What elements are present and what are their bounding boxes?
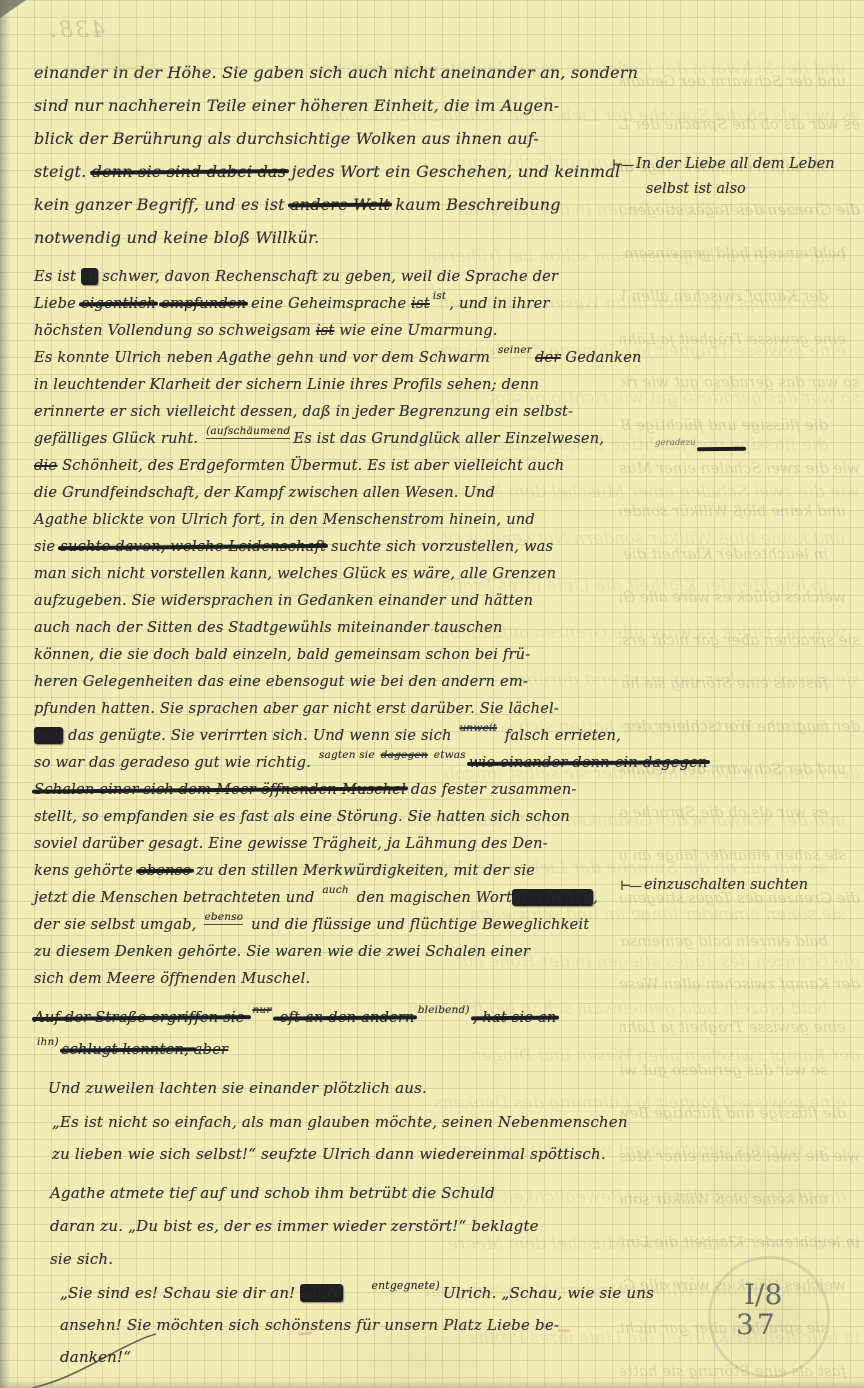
manuscript-line: pfunden hatten. Sie sprachen aber gar ni… — [34, 695, 634, 722]
manuscript-line: soviel darüber gesagt. Eine gewisse Träg… — [34, 830, 634, 857]
manuscript-line: Agathe atmete tief auf und schob ihm bet… — [34, 1177, 634, 1210]
manuscript-line: Und zuweilen lachten sie einander plötzl… — [34, 1072, 634, 1104]
manuscript-line: zu lieben wie sich selbst!“ seufzte Ulri… — [34, 1138, 634, 1170]
bleedthrough-ghost-text-right: und der Schwarm der Gedanken zog in leuc… — [620, 60, 860, 1380]
manuscript-line: in leuchtender Klarheit der sichern Lini… — [34, 371, 634, 398]
bleedthrough-page-number: 438. — [48, 18, 105, 43]
pink-pencil-mark — [558, 1329, 570, 1332]
manuscript-line: notwendig und keine bloß Willkür. — [34, 221, 634, 254]
paragraph: einander in der Höhe. Sie gaben sich auc… — [34, 56, 634, 254]
manuscript-line: höchsten Vollendung so schweigsam ist wi… — [34, 317, 634, 344]
manuscript-line: gefälliges Glück ruht. (aufschäumendEs i… — [34, 425, 634, 452]
paragraph: Agathe atmete tief auf und schob ihm bet… — [34, 1177, 634, 1276]
manuscript-line: sich dem Meere öffnenden Muschel. — [34, 965, 634, 992]
manuscript-line: man sich nicht vorstellen kann, welches … — [34, 560, 634, 587]
manuscript-line: sie sich. — [34, 1243, 634, 1276]
paragraph: Es ist so schwer, davon Rechenschaft zu … — [34, 263, 634, 992]
manuscript-line: ihn)schlugt konnten, aber — [34, 1034, 634, 1066]
manuscript-line: kens gehörte ebenso zu den stillen Merkw… — [34, 857, 634, 884]
manuscript-line: zu diesem Denken gehörte. Sie waren wie … — [34, 938, 634, 965]
manuscript-line: kein ganzer Begriff, und es ist andere W… — [34, 188, 634, 221]
margin-note-1: ⊢—In der Liebe all dem Lebenselbst ist a… — [636, 152, 851, 202]
manuscript-line: Es ist so schwer, davon Rechenschaft zu … — [34, 263, 634, 290]
manuscript-line: aufzugeben. Sie widersprachen in Gedanke… — [34, 587, 634, 614]
manuscript-line: Agathe blickte von Ulrich fort, in den M… — [34, 506, 634, 533]
manuscript-line: daran zu. „Du bist es, der es immer wied… — [34, 1210, 634, 1243]
manuscript-line: stellt, so empfanden sie es fast als ein… — [34, 803, 634, 830]
manuscript-body: einander in der Höhe. Sie gaben sich auc… — [34, 56, 634, 1373]
margin-note-struck-word: geradezu————— — [652, 436, 772, 461]
manuscript-line: der sie selbst umgab, ebenso und die flü… — [34, 911, 634, 938]
manuscript-line: sind nur nachherein Teile einer höheren … — [34, 89, 634, 122]
manuscript-line: auch nach der Sitten des Stadtgewühls mi… — [34, 614, 634, 641]
manuscript-line: ten, das genügte. Sie verirrten sich. Un… — [34, 722, 634, 749]
scan-edge-left — [0, 0, 12, 1388]
manuscript-line: sie suchte davon, welche Leidenschaft su… — [34, 533, 634, 560]
scan-corner-shadow — [0, 0, 26, 18]
manuscript-line: blick der Berührung als durchsichtige Wo… — [34, 122, 634, 155]
manuscript-line: „Sie sind es! Schau sie dir an! sagteent… — [34, 1277, 634, 1309]
paragraph: „Es ist nicht so einfach, als man glaube… — [34, 1106, 634, 1170]
manuscript-line: so war das geradeso gut wie richtig. sag… — [34, 749, 634, 776]
manuscript-line: „Es ist nicht so einfach, als man glaube… — [34, 1106, 634, 1138]
manuscript-line: können, die sie doch bald einzeln, bald … — [34, 641, 634, 668]
archive-signature-bottom: 37 — [736, 1310, 782, 1340]
manuscript-line: Liebe eigentlich empfunden eine Geheimsp… — [34, 290, 634, 317]
manuscript-line: erinnerte er sich vielleicht dessen, daß… — [34, 398, 634, 425]
manuscript-page: und der Schwarm der Gedanken zog in leuc… — [0, 0, 864, 1388]
archive-signature-top: I/8 — [744, 1280, 782, 1310]
manuscript-line: steigt. denn sie sind dabei das jedes Wo… — [34, 155, 634, 188]
manuscript-line: Schalen einer sich dem Meer öffnenden Mu… — [34, 776, 634, 803]
paragraph: Und zuweilen lachten sie einander plötzl… — [34, 1072, 634, 1104]
paragraph: Auf der Straße ergriffen sie nur oft an … — [34, 1002, 634, 1066]
manuscript-line: einander in der Höhe. Sie gaben sich auc… — [34, 56, 634, 89]
margin-note-2: ⊢—einzuschalten suchten — [644, 873, 854, 898]
manuscript-line: die Grundfeindschaft, der Kampf zwischen… — [34, 479, 634, 506]
manuscript-line: heren Gelegenheiten das eine ebensogut w… — [34, 668, 634, 695]
manuscript-line: Es konnte Ulrich neben Agathe gehn und v… — [34, 344, 634, 371]
manuscript-line: Auf der Straße ergriffen sie nur oft an … — [34, 1002, 634, 1034]
manuscript-line: die Schönheit, des Erdgeformten Übermut.… — [34, 452, 634, 479]
archive-signature: I/8 37 — [744, 1280, 782, 1340]
manuscript-line: jetzt die Menschen betrachteten und auch… — [34, 884, 634, 911]
scan-edge-bottom — [0, 1380, 864, 1388]
